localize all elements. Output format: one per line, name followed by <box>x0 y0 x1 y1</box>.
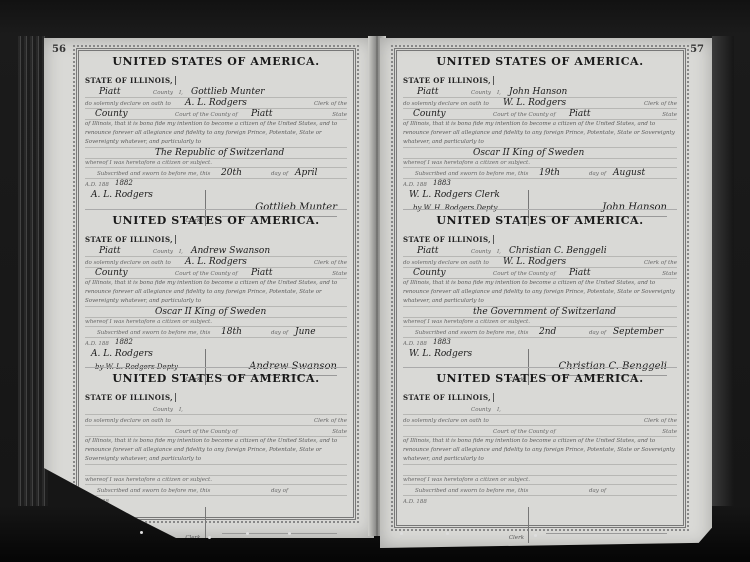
court-of-label: Court of the County of <box>175 271 238 277</box>
page-number: 57 <box>690 44 704 55</box>
court-of-label: Court of the County of <box>493 429 556 435</box>
sovereign-line: Oscar II King of Sweden <box>403 148 677 159</box>
clerk-suffix: Clerk <box>509 535 524 541</box>
county-label: County <box>153 249 173 255</box>
sworn-line: Subscribed and sworn to before me, this … <box>403 168 677 179</box>
sovereign-line <box>85 465 347 476</box>
declaration-entry: UNITED STATES OF AMERICA. STATE OF ILLIN… <box>85 51 347 209</box>
declaration-entry: UNITED STATES OF AMERICA. STATE OF ILLIN… <box>85 367 347 525</box>
clerk-name: A. L. Rodgers <box>185 98 247 108</box>
sworn-day: 18th <box>221 327 242 337</box>
year-line: A.D. 188 <box>403 496 677 507</box>
applicant-prefix: I, <box>497 90 501 96</box>
signature-line <box>222 533 337 534</box>
sovereign-value: Oscar II King of Sweden <box>155 307 266 317</box>
dust-speck <box>140 531 143 534</box>
court-line: County Court of the County of Piatt Stat… <box>403 109 677 120</box>
court-type: County <box>413 268 446 278</box>
form-border: UNITED STATES OF AMERICA. STATE OF ILLIN… <box>394 48 686 528</box>
declare-label: do solemnly declare on oath to <box>403 260 489 266</box>
page-number: 56 <box>52 44 66 55</box>
year-prefix: A.D. 188 <box>403 182 427 188</box>
clerk-signature: W. L. Rodgers <box>409 349 472 359</box>
subject-label: whereof I was heretofore a citizen or su… <box>403 319 530 325</box>
county-label: County <box>471 90 491 96</box>
sworn-line: Subscribed and sworn to before me, this … <box>85 327 347 338</box>
court-of-label: Court of the County of <box>175 112 238 118</box>
clerk-signature-box: Clerk <box>403 507 529 543</box>
day-of-label: day of <box>271 330 288 336</box>
year-prefix: A.D. 188 <box>85 182 109 188</box>
subject-label: whereof I was heretofore a citizen or su… <box>85 477 212 483</box>
clerk-of-label: Clerk of the <box>644 101 677 107</box>
year-value: 1882 <box>115 179 133 187</box>
sovereign-value: the Government of Switzerland <box>473 307 616 317</box>
sovereign-line: Oscar II King of Sweden <box>85 307 347 318</box>
declare-label: do solemnly declare on oath to <box>403 101 489 107</box>
county-value: Piatt <box>99 87 121 97</box>
state-word: State <box>662 271 677 277</box>
state-word: State <box>662 112 677 118</box>
sworn-line: Subscribed and sworn to before me, this … <box>403 485 677 496</box>
applicant-prefix: I, <box>179 249 183 255</box>
subject-line: whereof I was heretofore a citizen or su… <box>403 476 677 485</box>
declare-label: do solemnly declare on oath to <box>85 101 171 107</box>
subject-label: whereof I was heretofore a citizen or su… <box>403 477 530 483</box>
sworn-day: 2nd <box>539 327 556 337</box>
court-type: County <box>413 109 446 119</box>
court-of-label: Court of the County of <box>493 271 556 277</box>
right-page: 57 UNITED STATES OF AMERICA. STATE OF IL… <box>380 38 712 548</box>
signature-area: Clerk <box>403 507 677 547</box>
year-line: A.D. 188 1882 <box>85 338 347 349</box>
day-of-label: day of <box>589 171 606 177</box>
clerk-signature: W. L. Rodgers Clerk <box>409 190 500 200</box>
court-county: Piatt <box>569 268 591 278</box>
year-prefix: A.D. 188 <box>403 341 427 347</box>
form-title: UNITED STATES OF AMERICA. <box>85 214 347 227</box>
subject-line: whereof I was heretofore a citizen or su… <box>403 318 677 327</box>
county-value: Piatt <box>99 246 121 256</box>
oath-text: of Illinois, that it is bona fide my int… <box>403 279 677 307</box>
oath-text: of Illinois, that it is bona fide my int… <box>85 120 347 148</box>
court-line: Court of the County of State <box>403 426 677 437</box>
county-label: County <box>471 249 491 255</box>
sworn-month: August <box>613 168 645 178</box>
year-line: A.D. 188 1882 <box>85 179 347 190</box>
clerk-name: W. L. Rodgers <box>503 257 566 267</box>
oath-text: of Illinois, that it is bona fide my int… <box>403 120 677 148</box>
county-label: County <box>471 407 491 413</box>
clerk-signature: A. L. Rodgers <box>91 349 153 359</box>
declaration-entry: UNITED STATES OF AMERICA. STATE OF ILLIN… <box>403 367 677 525</box>
clerk-of-label: Clerk of the <box>314 101 347 107</box>
oath-text: of Illinois, that it is bona fide my int… <box>85 437 347 465</box>
year-value: 1883 <box>433 338 451 346</box>
clerk-line: do solemnly declare on oath to Clerk of … <box>403 415 677 426</box>
dust-speck <box>400 532 403 535</box>
year-line: A.D. 188 1883 <box>403 338 677 349</box>
clerk-of-label: Clerk of the <box>314 418 347 424</box>
state-label: STATE OF ILLINOIS, <box>85 76 176 85</box>
court-line: County Court of the County of Piatt Stat… <box>403 268 677 279</box>
sworn-label: Subscribed and sworn to before me, this <box>415 330 528 336</box>
dust-speck <box>288 532 291 535</box>
declaration-entry: UNITED STATES OF AMERICA. STATE OF ILLIN… <box>85 209 347 367</box>
dust-speck <box>246 532 249 535</box>
declaration-entry: UNITED STATES OF AMERICA. STATE OF ILLIN… <box>403 51 677 209</box>
subject-line: whereof I was heretofore a citizen or su… <box>85 476 347 485</box>
county-value: Piatt <box>417 87 439 97</box>
dust-speck <box>534 534 537 537</box>
court-line: Court of the County of State <box>85 426 347 437</box>
clerk-signature: A. L. Rodgers <box>91 190 153 200</box>
day-of-label: day of <box>589 488 606 494</box>
sovereign-value: The Republic of Switzerland <box>155 148 284 158</box>
dust-speck <box>446 532 449 535</box>
county-applicant-line: Piatt County I, Gottlieb Munter <box>85 87 347 98</box>
dust-speck <box>208 536 211 539</box>
applicant-prefix: I, <box>179 407 183 413</box>
clerk-line: do solemnly declare on oath to A. L. Rod… <box>85 98 347 109</box>
form-title: UNITED STATES OF AMERICA. <box>85 372 347 385</box>
county-value: Piatt <box>417 246 439 256</box>
clerk-of-label: Clerk of the <box>644 418 677 424</box>
sworn-label: Subscribed and sworn to before me, this <box>415 171 528 177</box>
sworn-label: Subscribed and sworn to before me, this <box>97 330 210 336</box>
sworn-line: Subscribed and sworn to before me, this … <box>85 168 347 179</box>
year-value: 1882 <box>115 338 133 346</box>
applicant-name: Andrew Swanson <box>191 246 270 256</box>
subject-line: whereof I was heretofore a citizen or su… <box>85 318 347 327</box>
declare-label: do solemnly declare on oath to <box>403 418 489 424</box>
county-label: County <box>153 90 173 96</box>
sovereign-line <box>403 465 677 476</box>
court-type: County <box>95 109 128 119</box>
sworn-label: Subscribed and sworn to before me, this <box>415 488 528 494</box>
applicant-name: Gottlieb Munter <box>191 87 265 97</box>
sworn-month: June <box>295 327 316 337</box>
clerk-name: A. L. Rodgers <box>185 257 247 267</box>
form-title: UNITED STATES OF AMERICA. <box>85 55 347 68</box>
clerk-of-label: Clerk of the <box>314 260 347 266</box>
sworn-day: 20th <box>221 168 242 178</box>
state-label: STATE OF ILLINOIS, <box>403 393 494 402</box>
state-word: State <box>662 429 677 435</box>
sworn-line: Subscribed and sworn to before me, this … <box>403 327 677 338</box>
county-applicant-line: Piatt County I, Andrew Swanson <box>85 246 347 257</box>
subject-line: whereof I was heretofore a citizen or su… <box>403 159 677 168</box>
subject-line: whereof I was heretofore a citizen or su… <box>85 159 347 168</box>
sovereign-line: the Government of Switzerland <box>403 307 677 318</box>
state-label: STATE OF ILLINOIS, <box>403 76 494 85</box>
clerk-of-label: Clerk of the <box>644 260 677 266</box>
day-of-label: day of <box>589 330 606 336</box>
applicant-name: Christian C. Benggeli <box>509 246 607 256</box>
court-of-label: Court of the County of <box>175 429 238 435</box>
applicant-prefix: I, <box>497 407 501 413</box>
applicant-name: John Hanson <box>509 87 567 97</box>
oath-text: of Illinois, that it is bona fide my int… <box>85 279 347 307</box>
court-county: Piatt <box>569 109 591 119</box>
clerk-line: do solemnly declare on oath to W. L. Rod… <box>403 98 677 109</box>
applicant-prefix: I, <box>179 90 183 96</box>
left-page: 56 UNITED STATES OF AMERICA. STATE OF IL… <box>44 38 374 538</box>
subject-label: whereof I was heretofore a citizen or su… <box>85 319 212 325</box>
court-line: County Court of the County of Piatt Stat… <box>85 109 347 120</box>
form-border: UNITED STATES OF AMERICA. STATE OF ILLIN… <box>76 48 356 520</box>
declare-label: do solemnly declare on oath to <box>85 418 171 424</box>
sovereign-line: The Republic of Switzerland <box>85 148 347 159</box>
county-label: County <box>153 407 173 413</box>
sworn-month: September <box>613 327 663 337</box>
sworn-label: Subscribed and sworn to before me, this <box>97 171 210 177</box>
subject-label: whereof I was heretofore a citizen or su… <box>85 160 212 166</box>
declaration-entry: UNITED STATES OF AMERICA. STATE OF ILLIN… <box>403 209 677 367</box>
state-label: STATE OF ILLINOIS, <box>85 393 176 402</box>
form-title: UNITED STATES OF AMERICA. <box>403 214 677 227</box>
state-label: STATE OF ILLINOIS, <box>85 235 176 244</box>
declare-label: do solemnly declare on oath to <box>85 260 171 266</box>
oath-text: of Illinois, that it is bona fide my int… <box>403 437 677 465</box>
state-word: State <box>332 112 347 118</box>
clerk-line: do solemnly declare on oath to Clerk of … <box>85 415 347 426</box>
clerk-name: W. L. Rodgers <box>503 98 566 108</box>
form-title: UNITED STATES OF AMERICA. <box>403 372 677 385</box>
state-word: State <box>332 429 347 435</box>
court-line: County Court of the County of Piatt Stat… <box>85 268 347 279</box>
year-line: A.D. 188 <box>85 496 347 507</box>
year-prefix: A.D. 188 <box>403 499 427 505</box>
sworn-line: Subscribed and sworn to before me, this … <box>85 485 347 496</box>
court-county: Piatt <box>251 268 273 278</box>
clerk-line: do solemnly declare on oath to A. L. Rod… <box>85 257 347 268</box>
court-of-label: Court of the County of <box>493 112 556 118</box>
sworn-day: 19th <box>539 168 560 178</box>
sovereign-value: Oscar II King of Sweden <box>473 148 584 158</box>
book-spine-edge <box>18 36 48 506</box>
sworn-label: Subscribed and sworn to before me, this <box>97 488 210 494</box>
signature-line <box>546 533 667 534</box>
year-prefix: A.D. 188 <box>85 341 109 347</box>
applicant-prefix: I, <box>497 249 501 255</box>
state-label: STATE OF ILLINOIS, <box>403 235 494 244</box>
county-applicant-line: County I, <box>85 404 347 415</box>
day-of-label: day of <box>271 488 288 494</box>
day-of-label: day of <box>271 171 288 177</box>
court-county: Piatt <box>251 109 273 119</box>
county-applicant-line: County I, <box>403 404 677 415</box>
clerk-line: do solemnly declare on oath to W. L. Rod… <box>403 257 677 268</box>
book-page-edges <box>712 36 734 506</box>
subject-label: whereof I was heretofore a citizen or su… <box>403 160 530 166</box>
form-title: UNITED STATES OF AMERICA. <box>403 55 677 68</box>
state-word: State <box>332 271 347 277</box>
year-line: A.D. 188 1883 <box>403 179 677 190</box>
county-applicant-line: Piatt County I, Christian C. Benggeli <box>403 246 677 257</box>
sworn-month: April <box>295 168 317 178</box>
year-value: 1883 <box>433 179 451 187</box>
court-type: County <box>95 268 128 278</box>
county-applicant-line: Piatt County I, John Hanson <box>403 87 677 98</box>
